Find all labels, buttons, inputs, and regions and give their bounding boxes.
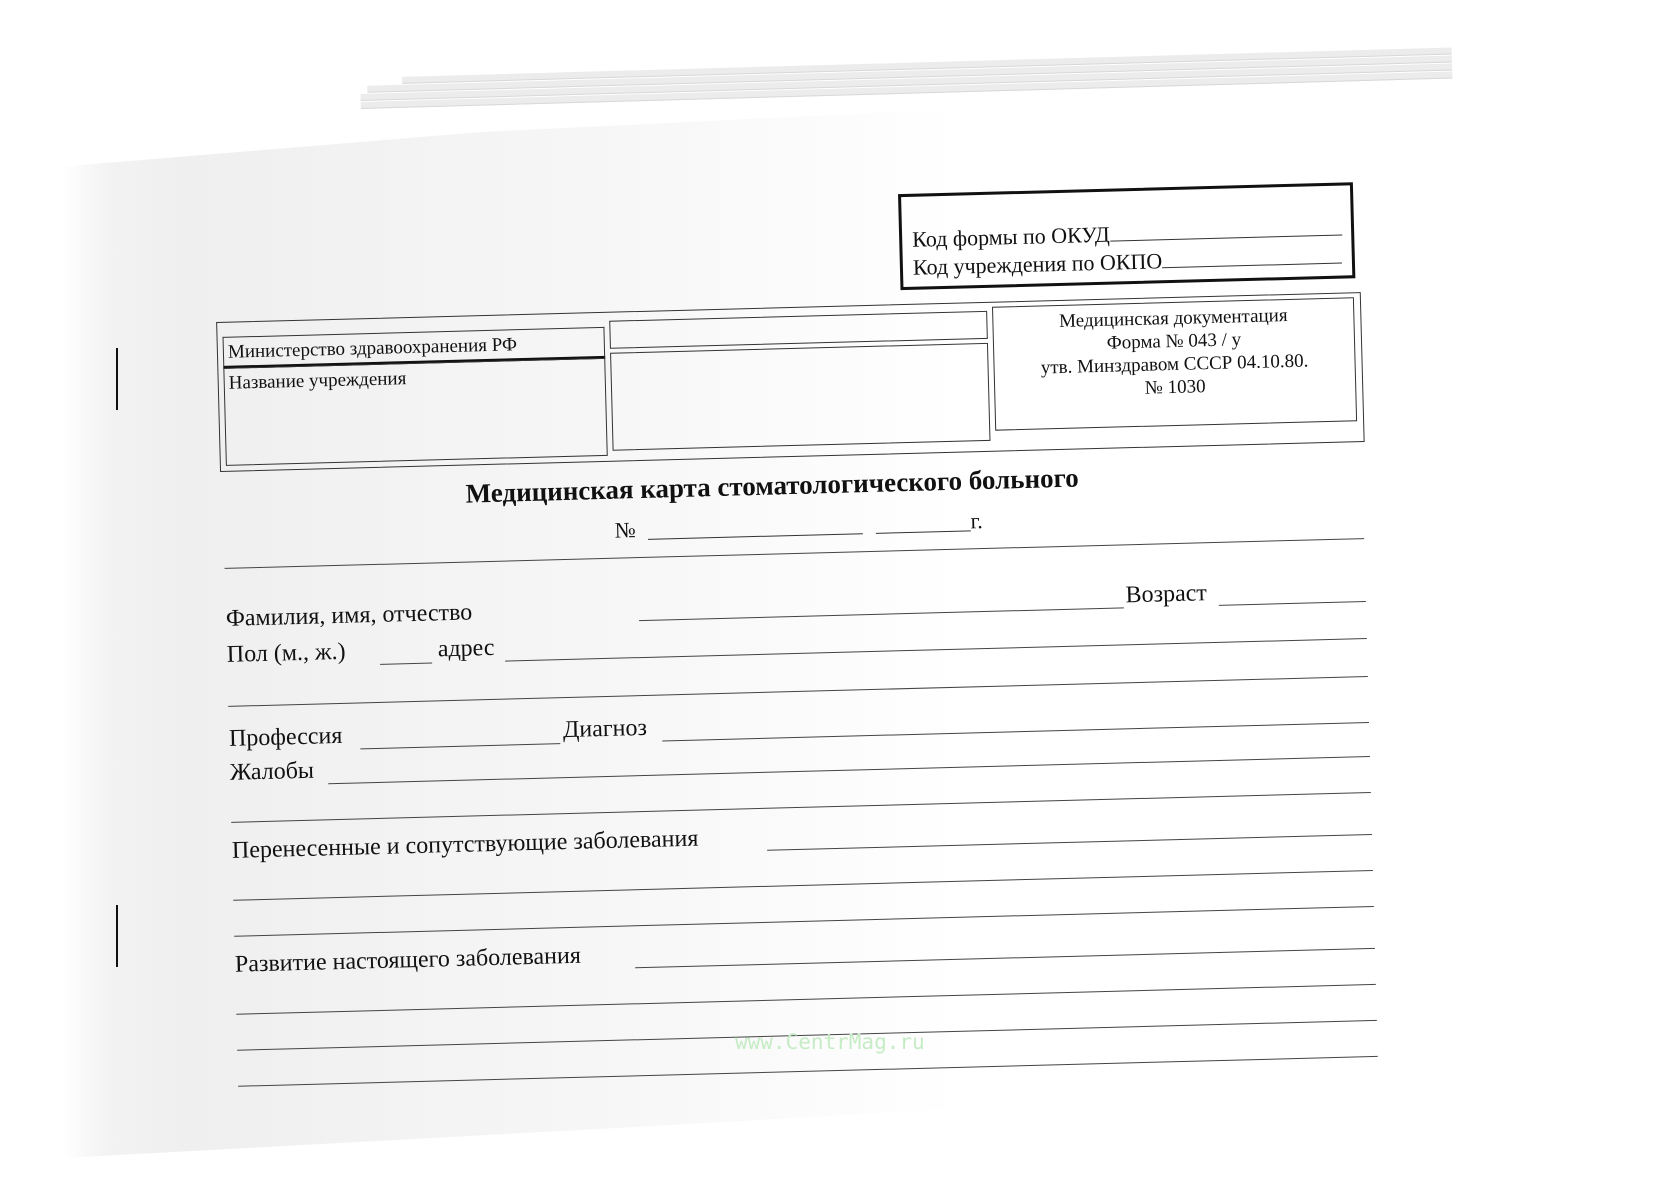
blank-cell-top[interactable]	[609, 311, 988, 349]
complaints-blank[interactable]	[328, 756, 1370, 784]
current-disease-blank[interactable]	[635, 948, 1375, 968]
age-blank[interactable]	[1219, 601, 1366, 606]
past-diseases-line-2[interactable]	[233, 870, 1373, 901]
complaints-continued-line[interactable]	[231, 792, 1371, 823]
address-continued-line[interactable]	[228, 676, 1368, 707]
okud-label: Код формы по ОКУД	[912, 222, 1110, 252]
complaints-label: Жалобы	[230, 758, 315, 787]
site-watermark: www.CentrMag.ru	[735, 1030, 925, 1054]
age-label: Возраст	[1125, 580, 1207, 609]
form-content: Код формы по ОКУД Код учреждения по ОКПО…	[0, 0, 1655, 1200]
past-diseases-blank[interactable]	[767, 834, 1372, 851]
past-diseases-line-3[interactable]	[234, 906, 1374, 937]
address-label: адрес	[437, 635, 494, 663]
header-table: Министерство здравоохранения РФ Название…	[216, 292, 1365, 472]
institution-cell[interactable]: Название учреждения	[223, 358, 607, 466]
card-number-line: № г.	[614, 508, 983, 544]
sex-blank[interactable]	[380, 663, 432, 665]
rule-line[interactable]	[225, 538, 1365, 569]
current-disease-line-2[interactable]	[236, 984, 1376, 1015]
institution-label: Название учреждения	[228, 368, 406, 395]
ministry-text: Министерство здравоохранения РФ	[228, 334, 518, 364]
past-diseases-label: Перенесенные и сопутствующие заболевания	[232, 826, 699, 865]
profession-blank[interactable]	[360, 743, 560, 749]
year-suffix: г.	[970, 508, 983, 533]
document-title: Медицинская карта стоматологического бол…	[465, 463, 1079, 510]
form-codes-box: Код формы по ОКУД Код учреждения по ОКПО	[898, 182, 1355, 290]
form-info-cell: Медицинская документация Форма № 043 / у…	[992, 297, 1357, 430]
address-blank[interactable]	[505, 638, 1367, 662]
full-name-label: Фамилия, имя, отчество	[226, 599, 473, 632]
diagnosis-blank[interactable]	[662, 722, 1369, 742]
card-number-blank[interactable]	[647, 511, 863, 540]
number-prefix: №	[614, 517, 636, 543]
okpo-blank[interactable]	[1162, 263, 1342, 269]
blank-cell-bottom[interactable]	[610, 343, 990, 451]
okud-blank[interactable]	[1110, 235, 1342, 242]
full-name-blank[interactable]	[639, 607, 1124, 621]
year-blank[interactable]	[875, 508, 971, 533]
profession-label: Профессия	[229, 723, 343, 753]
sex-label: Пол (м., ж.)	[227, 639, 346, 669]
current-disease-line-4[interactable]	[238, 1056, 1378, 1087]
okpo-label: Код учреждения по ОКПО	[913, 248, 1163, 280]
diagnosis-label: Диагноз	[563, 715, 648, 744]
current-disease-label: Развитие настоящего заболевания	[235, 943, 582, 979]
